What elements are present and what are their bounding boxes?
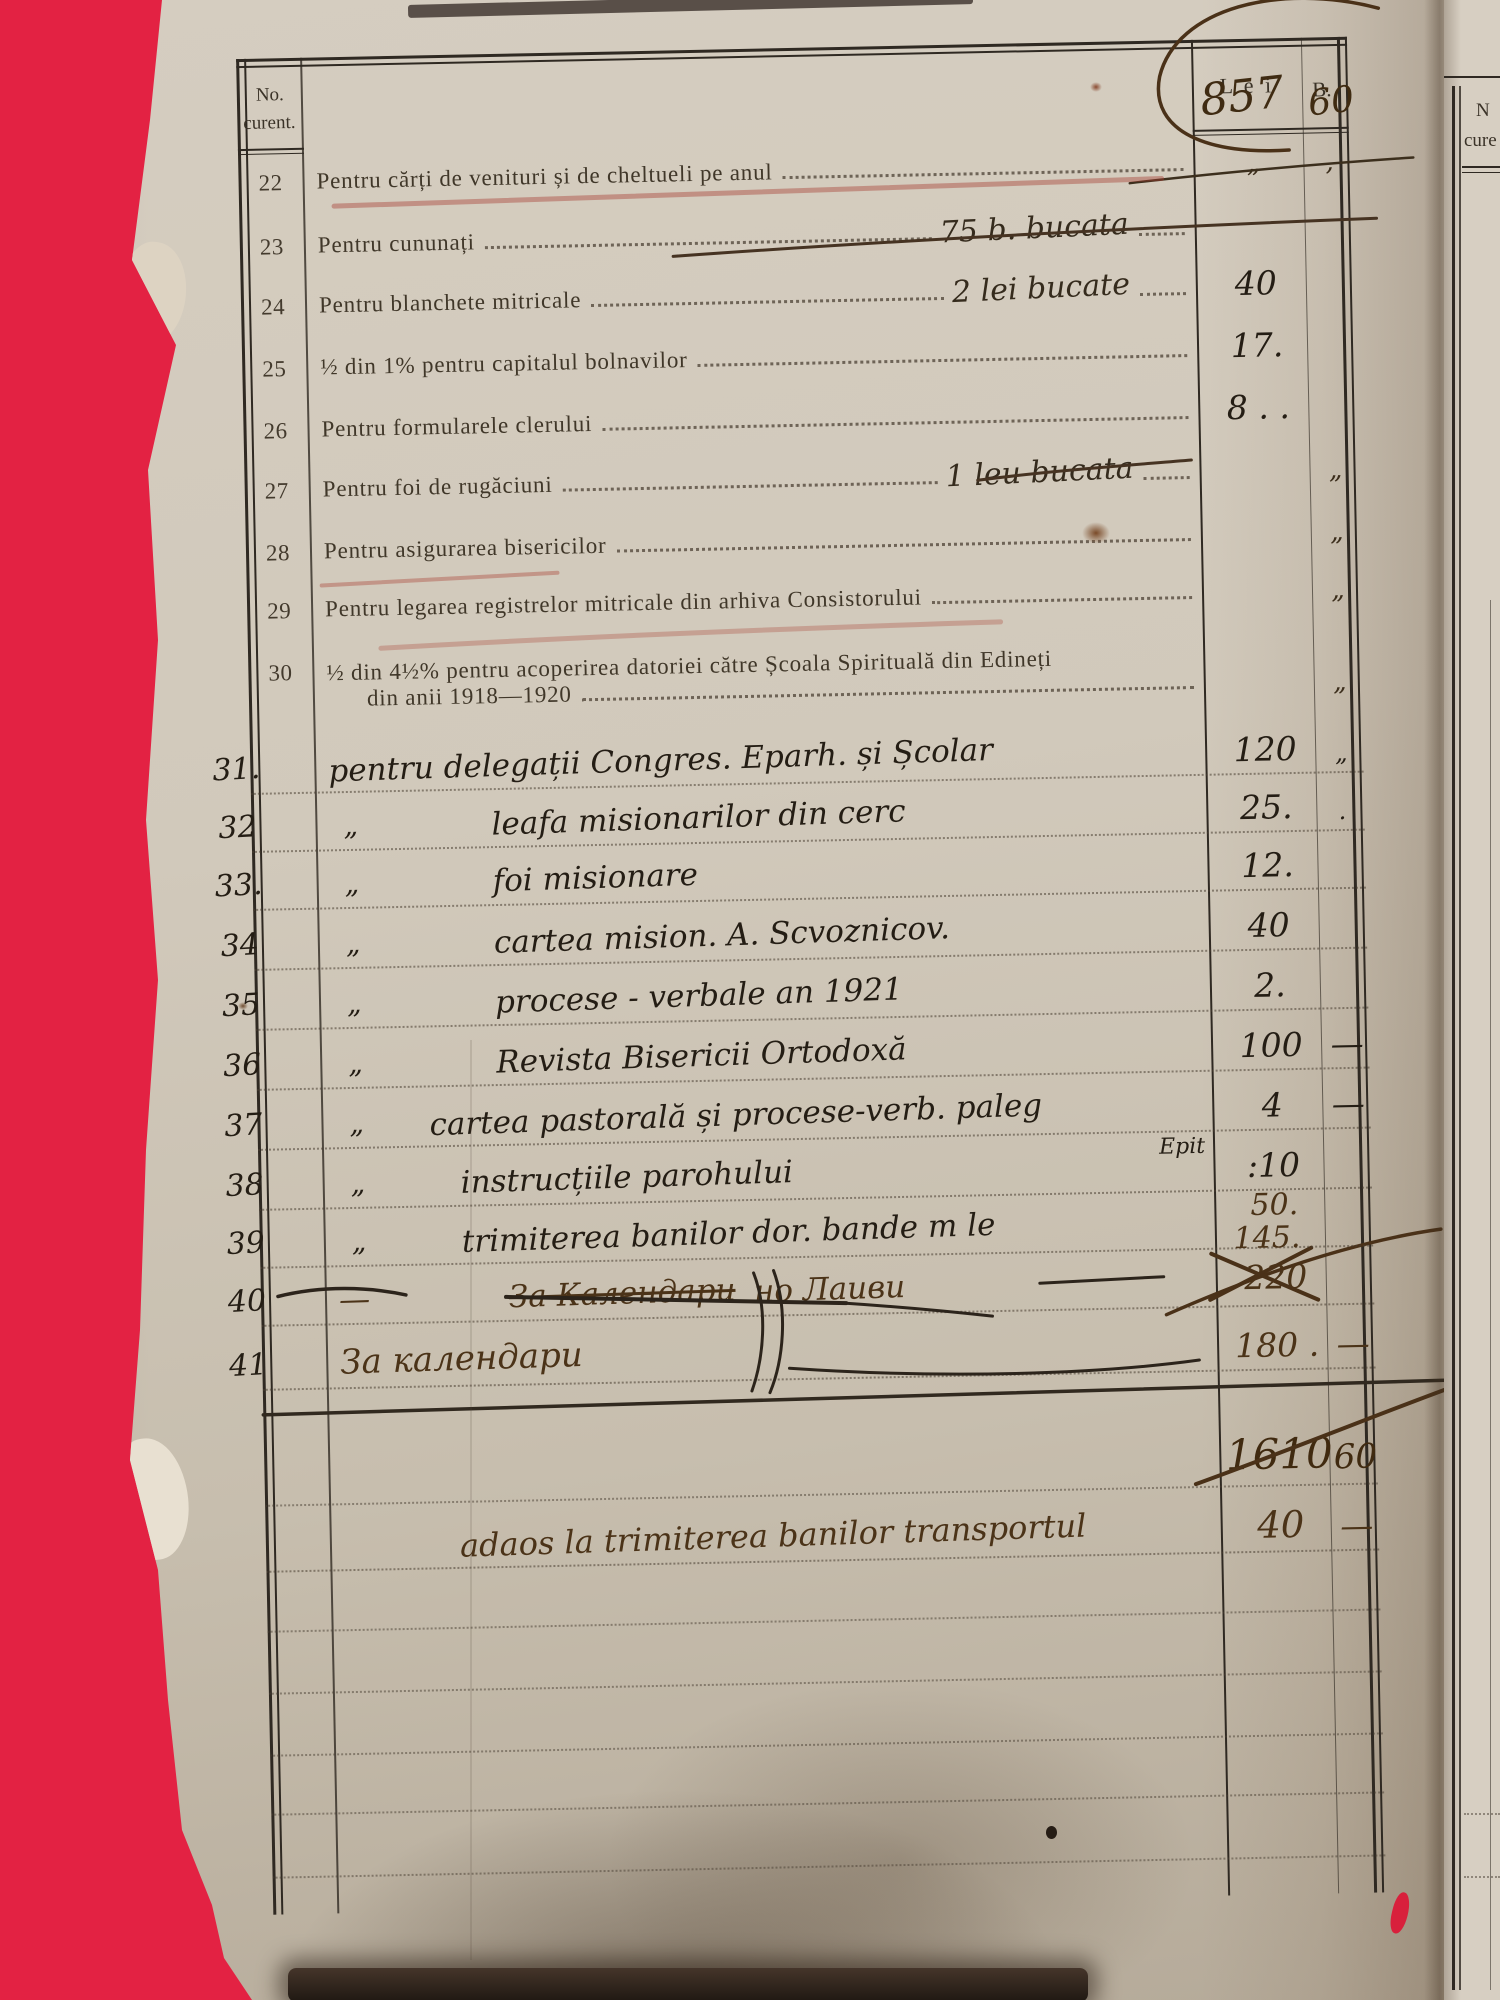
row-description: Pentru blanchete mitricale	[319, 287, 582, 318]
row-number: 37	[210, 1106, 276, 1150]
row-description: Pentru cununați	[318, 229, 475, 258]
row-b-value: „	[1313, 455, 1358, 490]
row-b-value	[1323, 943, 1367, 948]
small-stain	[1090, 82, 1102, 92]
ditto-mark: „	[338, 1223, 463, 1258]
row-lei-value-2: 145.	[1213, 1224, 1322, 1254]
side-header-underline-2	[1462, 172, 1500, 173]
row-number: 30	[248, 660, 313, 693]
leader-dots	[783, 168, 1184, 179]
row-b-value	[1324, 1003, 1368, 1008]
ledger-page-paper: No. curent. L e i B. 857 60 22 Pentru că…	[0, 0, 1500, 2000]
row-number: 41	[215, 1346, 281, 1390]
row-number: 22	[238, 170, 303, 203]
row-lei-value: „	[1199, 148, 1308, 184]
row-description: Revista Bisericii Ortodoxă	[496, 1031, 907, 1080]
row-number: 26	[243, 418, 308, 451]
row-description-line2: din anii 1918—1920	[367, 681, 572, 711]
empty-rule	[268, 1608, 1381, 1632]
row-number: 33.	[206, 866, 272, 910]
row-description-struck: За Календари	[508, 1272, 736, 1315]
side-no-header-line1: N	[1476, 100, 1490, 122]
side-no-header-line2: cure	[1464, 130, 1497, 152]
row-description: За календари	[340, 1335, 584, 1383]
leader-dots	[591, 297, 944, 307]
row-lei-value	[1210, 698, 1318, 704]
row-number: 28	[246, 540, 311, 573]
row-number: 23	[240, 234, 305, 267]
row-number: 25	[242, 356, 307, 389]
row-b-value	[1311, 363, 1355, 368]
side-faint-line	[1490, 600, 1491, 1990]
side-dotted-rule	[1464, 1813, 1500, 1815]
row-description: leafa misionarilor din cerc	[491, 793, 906, 842]
row-description-2: но Лаиви	[753, 1269, 905, 1310]
row-lei-value: 4	[1218, 1084, 1327, 1129]
ledger-photo: { "colors": { "background_red": "#e32243…	[0, 0, 1500, 2000]
row-number: 31.	[203, 751, 269, 795]
side-left-border-outer	[1452, 86, 1455, 1990]
main-table: No. curent. L e i B. 857 60 22 Pentru că…	[0, 0, 1500, 2000]
ditto-mark: „	[333, 984, 496, 1020]
ditto-mark: „	[330, 864, 493, 900]
row-lei-value: 180 .	[1223, 1324, 1332, 1369]
handwritten-note: 75 b. bucata	[939, 207, 1130, 251]
row-lei-value: 40	[1214, 904, 1323, 949]
leading-dash: —	[338, 1277, 509, 1318]
no-column-header-line2: curent.	[236, 112, 302, 135]
row-b-value: —	[1331, 1323, 1376, 1367]
row-b-value	[1329, 1241, 1373, 1246]
row-description: cartea mision. A. Scvoznicov.	[493, 910, 950, 961]
row-number: 40	[214, 1282, 280, 1326]
row-description: Pentru legarea registrelor mitricale din…	[325, 584, 922, 622]
handwritten-note: 1 leu bucata	[945, 451, 1134, 495]
empty-rule	[273, 1854, 1386, 1878]
table-row: 22 Pentru cărți de venituri și de cheltu…	[238, 127, 1352, 203]
row-number: 38	[212, 1166, 278, 1210]
row-lei-value: 2.	[1216, 964, 1325, 1009]
ditto-mark: „	[329, 806, 492, 842]
adjacent-page: N cure	[1444, 0, 1500, 2000]
total-lei-value: 1610	[1225, 1428, 1334, 1483]
row-b-value: „	[1318, 667, 1363, 702]
row-number: 32	[205, 808, 271, 852]
row-lei-value: :10	[1219, 1144, 1328, 1189]
adaos-lei-value: 40	[1226, 1502, 1335, 1551]
empty-rule	[271, 1791, 1384, 1815]
ink-stain	[1082, 522, 1110, 544]
row-number: 34	[207, 926, 273, 970]
row-description: foi misionare	[492, 857, 698, 900]
row-number: 36	[209, 1046, 275, 1090]
total-b-value: 60	[1333, 1436, 1378, 1481]
row-description: Pentru formularele clerului	[321, 411, 592, 442]
row-description: Pentru cărți de venituri și de cheltueli…	[316, 159, 773, 194]
row-description: procese - verbale an 1921	[495, 971, 904, 1020]
row-number: 24	[241, 294, 306, 327]
row-lei-value: 8 . .	[1204, 387, 1313, 432]
row-b-value: —	[1325, 1024, 1370, 1068]
leader-dots	[932, 596, 1192, 604]
ditto-mark: „	[336, 1165, 461, 1200]
row-lei-value: 17.	[1203, 325, 1312, 370]
empty-rule	[270, 1732, 1383, 1756]
row-b-value	[1322, 883, 1366, 888]
row-description: instrucțiile parohului	[460, 1154, 793, 1201]
ditto-mark: „	[332, 924, 495, 960]
row-number: 39	[213, 1224, 279, 1268]
top-amount-b: 60	[1306, 79, 1356, 125]
row-lei-value: 12.	[1213, 844, 1322, 889]
row-b-value: ‚	[1307, 147, 1352, 182]
side-header-underline-1	[1462, 166, 1500, 168]
leader-dots	[1140, 292, 1186, 296]
paper-hole	[1046, 1826, 1057, 1839]
row-description: Pentru asigurarea bisericilor	[324, 533, 607, 565]
row-b-value: „	[1315, 517, 1360, 552]
leader-dots	[698, 354, 1188, 367]
adaos-b-value: —	[1334, 1505, 1379, 1549]
row-b-value	[1313, 425, 1357, 430]
leader-dots	[1139, 232, 1185, 236]
row-lei-value: 50.	[1220, 1190, 1329, 1220]
ditto-mark: „	[334, 1044, 497, 1080]
row-description: pentru delegații Congres. Eparh. și Școl…	[328, 732, 994, 789]
row-b-value	[1310, 301, 1354, 306]
top-amount-lei: 857	[1198, 67, 1287, 127]
leader-dots	[563, 481, 938, 492]
paper-crease	[470, 1040, 472, 1960]
empty-rule	[269, 1670, 1382, 1694]
row-lei-value: 120	[1211, 728, 1320, 773]
handwritten-note: 2 lei bucate	[951, 267, 1131, 310]
row-b-value	[1309, 241, 1353, 246]
row-description: Pentru foi de rugăciuni	[322, 472, 552, 503]
row-b-value: „	[1316, 575, 1361, 610]
side-left-border-inner	[1459, 86, 1461, 1990]
row-lei-value	[1201, 242, 1309, 248]
side-top-border	[1444, 76, 1500, 78]
row-b-value: „	[1319, 739, 1364, 772]
small-stain	[238, 1002, 248, 1010]
row-description: ½ din 1% pentru capitalul bolnavilor	[320, 347, 688, 380]
bottom-shadow-band	[288, 1968, 1088, 2000]
row-number: 27	[245, 478, 310, 511]
row-lei-value: 100	[1217, 1024, 1326, 1069]
row-lei-value	[1206, 486, 1314, 492]
superscript-note: Epit	[1159, 1134, 1206, 1160]
row-number: 29	[247, 598, 312, 631]
side-dotted-rule	[1464, 1876, 1500, 1878]
ditto-mark: „	[335, 1105, 430, 1140]
row-b-value: .	[1320, 797, 1365, 830]
leader-dots	[582, 686, 1194, 701]
table-top-border-outer	[236, 37, 1347, 62]
adaos-text: adaos la trimiterea banilor transportul	[459, 1507, 1087, 1565]
row-lei-value	[1207, 548, 1315, 554]
row-lei-value: 40	[1201, 263, 1310, 308]
row-description: trimiterea banilor dor. bande m le	[461, 1207, 996, 1260]
row-lei-value-struck: 220	[1221, 1256, 1330, 1305]
leader-dots	[485, 237, 932, 249]
row-b-value: —	[1326, 1084, 1371, 1128]
leader-dots	[1144, 476, 1190, 480]
no-column-header-line1: No.	[240, 84, 300, 107]
leader-dots	[602, 416, 1188, 431]
row-lei-value: 25.	[1212, 786, 1321, 831]
